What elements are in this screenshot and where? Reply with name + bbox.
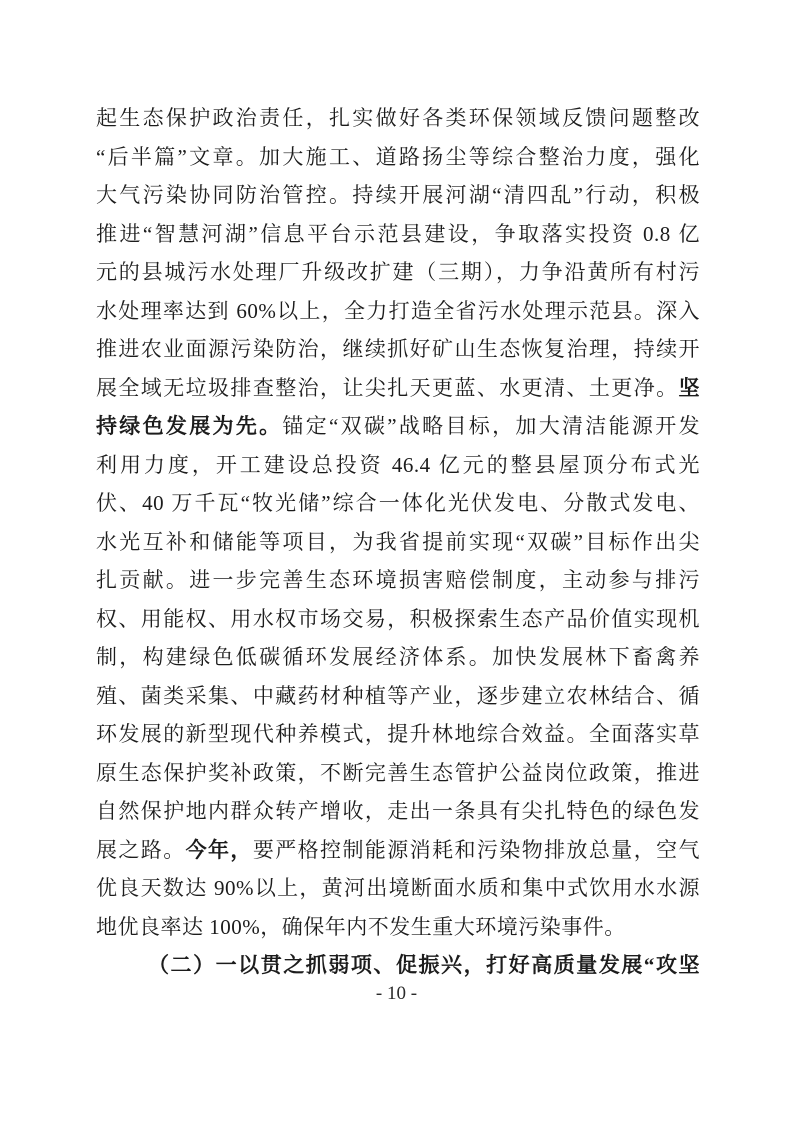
text-line: “后半篇”文章。加大施工、道路扬尘等综合整治力度，强化 [96,138,700,177]
text-line: 大气污染协同防治管控。持续开展河湖“清四乱”行动，积极 [96,176,700,215]
text-line: 展全域无垃圾排查整治，让尖扎天更蓝、水更清、土更净。坚 [96,369,700,408]
text-run: “后半篇”文章。加大施工、道路扬尘等综合整治力度，强化 [96,145,700,169]
text-line: 伏、40 万千瓦“牧光储”综合一体化光伏发电、分散式发电、 [96,484,700,523]
text-run: 环发展的新型现代种养模式，提升林地综合效益。全面落实草 [96,722,700,746]
text-run: 推进农业面源污染防治，继续抓好矿山生态恢复治理，持续开 [96,337,700,361]
text-run: 锚定“双碳”战略目标，加大清洁能源开发 [282,414,700,438]
text-line: 推进“智慧河湖”信息平台示范县建设，争取落实投资 0.8 亿 [96,215,700,254]
emphasis-text-run: （二）一以贯之抓弱项、促振兴，打好高质量发展“攻坚 [148,953,700,977]
text-run: 展之路。 [96,838,186,862]
text-line: 环发展的新型现代种养模式，提升林地综合效益。全面落实草 [96,715,700,754]
text-line: 利用力度，开工建设总投资 46.4 亿元的整县屋顶分布式光 [96,446,700,485]
text-run: 优良天数达 90%以上，黄河出境断面水质和集中式饮用水水源 [96,876,700,900]
text-line: 展之路。今年，要严格控制能源消耗和污染物排放总量，空气 [96,831,700,870]
document-page: 起生态保护政治责任，扎实做好各类环保领域反馈问题整改“后半篇”文章。加大施工、道… [0,0,793,1122]
text-run: 大气污染协同防治管控。持续开展河湖“清四乱”行动，积极 [96,183,700,207]
text-run: 自然保护地内群众转产增收，走出一条具有尖扎特色的绿色发 [96,799,700,823]
text-line: 扎贡献。进一步完善生态环境损害赔偿制度，主动参与排污 [96,561,700,600]
page-number: - 10 - [376,983,417,1004]
emphasis-text-run: 持绿色发展为先。 [96,414,282,438]
text-run: 推进“智慧河湖”信息平台示范县建设，争取落实投资 0.8 亿 [96,222,700,246]
text-line: 推进农业面源污染防治，继续抓好矿山生态恢复治理，持续开 [96,330,700,369]
text-run: 水光互补和储能等项目，为我省提前实现“双碳”目标作出尖 [96,530,700,554]
text-line: 元的县城污水处理厂升级改扩建（三期），力争沿黄所有村污 [96,253,700,292]
text-line: 权、用能权、用水权市场交易，积极探索生态产品价值实现机 [96,600,700,639]
text-run: 扎贡献。进一步完善生态环境损害赔偿制度，主动参与排污 [96,568,700,592]
text-line: 水处理率达到 60%以上，全力打造全省污水处理示范县。深入 [96,292,700,331]
text-run: 起生态保护政治责任，扎实做好各类环保领域反馈问题整改 [96,106,700,130]
text-run: 原生态保护奖补政策，不断完善生态管护公益岗位政策，推进 [96,761,700,785]
text-run: 殖、菌类采集、中藏药材种植等产业，逐步建立农林结合、循 [96,684,700,708]
emphasis-text-run: 今年， [186,838,253,862]
emphasis-text-run: 坚 [679,376,701,400]
text-line: 起生态保护政治责任，扎实做好各类环保领域反馈问题整改 [96,99,700,138]
text-run: 地优良率达 100%，确保年内不发生重大环境污染事件。 [96,915,626,939]
text-run: 伏、40 万千瓦“牧光储”综合一体化光伏发电、分散式发电、 [96,491,700,515]
text-line: 制，构建绿色低碳循环发展经济体系。加快发展林下畜禽养 [96,638,700,677]
text-run: 要严格控制能源消耗和污染物排放总量，空气 [253,838,700,862]
text-line: 地优良率达 100%，确保年内不发生重大环境污染事件。 [96,908,700,947]
page-footer: - 10 - [0,983,793,1005]
page-body-text: 起生态保护政治责任，扎实做好各类环保领域反馈问题整改“后半篇”文章。加大施工、道… [96,99,700,985]
text-run: 展全域无垃圾排查整治，让尖扎天更蓝、水更清、土更净。 [96,376,679,400]
text-line: 优良天数达 90%以上，黄河出境断面水质和集中式饮用水水源 [96,869,700,908]
text-run: 制，构建绿色低碳循环发展经济体系。加快发展林下畜禽养 [96,645,700,669]
text-run: 权、用能权、用水权市场交易，积极探索生态产品价值实现机 [96,607,700,631]
text-run: 元的县城污水处理厂升级改扩建（三期），力争沿黄所有村污 [96,260,700,284]
text-line: 自然保护地内群众转产增收，走出一条具有尖扎特色的绿色发 [96,792,700,831]
text-line: （二）一以贯之抓弱项、促振兴，打好高质量发展“攻坚 [96,946,700,985]
text-line: 原生态保护奖补政策，不断完善生态管护公益岗位政策，推进 [96,754,700,793]
text-run: 利用力度，开工建设总投资 46.4 亿元的整县屋顶分布式光 [96,453,700,477]
text-line: 殖、菌类采集、中藏药材种植等产业，逐步建立农林结合、循 [96,677,700,716]
text-run: 水处理率达到 60%以上，全力打造全省污水处理示范县。深入 [96,299,700,323]
text-line: 持绿色发展为先。锚定“双碳”战略目标，加大清洁能源开发 [96,407,700,446]
text-line: 水光互补和储能等项目，为我省提前实现“双碳”目标作出尖 [96,523,700,562]
